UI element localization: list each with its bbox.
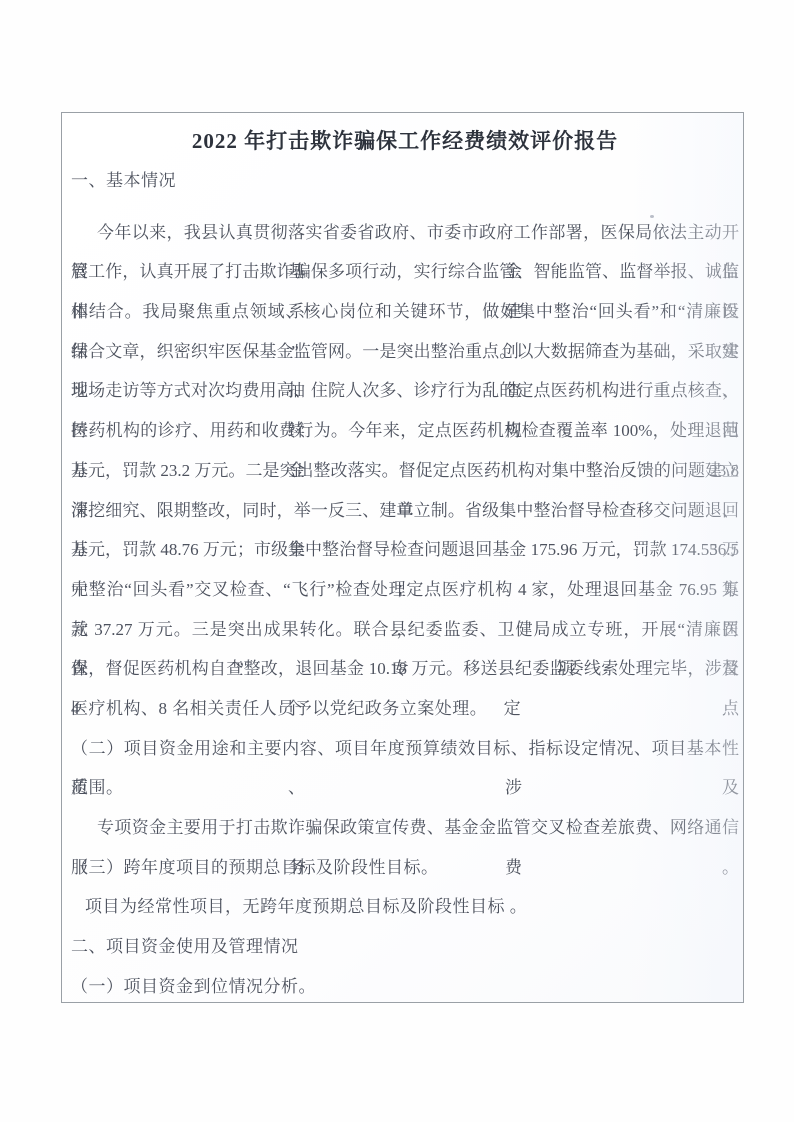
paragraph-line: 管工作，认真开展了打击欺诈骗保多项行动，实行综合监管、智能监管、监督举报、诚信体… (71, 252, 739, 292)
document-content: 2022 年打击欺诈骗保工作经费绩效评价报告 一、基本情况 今年以来，我县认真贯… (71, 113, 739, 1002)
paragraph-line: 今年以来，我县认真贯彻落实省委省政府、市委市政府工作部署，医保局依法主动开展基金… (71, 213, 739, 253)
paragraph-line: 深挖细究、限期整改，同时，举一反三、建章立制。省级集中整治督导检查移交问题退回基… (71, 491, 739, 531)
paragraph-line: 万元，罚款 23.2 万元。二是突出整改落实。督促定点医药机构对集中整治反馈的问… (71, 451, 739, 491)
subsection-heading-fund-usage: （二）项目资金用途和主要内容、项目年度预算绩效目标、指标设定情况、项目基本性质、… (71, 729, 739, 769)
paragraph-line: 现场走访等方式对次均费用高、住院人次多、诊疗行为乱的定点医药机构进行重点核查，持… (71, 371, 739, 411)
paragraph-line: 医药机构的诊疗、用药和收费行为。今年来，定点医药机构检查覆盖率 100%，处理退… (71, 411, 739, 451)
paragraph-line: 款 37.27 万元。三是突出成果转化。联合县纪委监委、卫健局成立专班，开展“清… (71, 610, 739, 650)
paragraph-line: 中整治“回头看”交叉检查、“飞行”检查处理定点医疗机构 4 家，处理退回基金 7… (71, 570, 739, 610)
paragraph-line: 万元，罚款 48.76 万元；市级集中整治督导检查问题退回基金 175.96 万… (71, 530, 739, 570)
document-border-frame: 2022 年打击欺诈骗保工作经费绩效评价报告 一、基本情况 今年以来，我县认真贯… (61, 112, 744, 1003)
subsection-heading-fund-arrival: （一）项目资金到位情况分析。 (71, 967, 739, 1007)
paragraph-line: 查，督促医药机构自查整改，退回基金 10.18 万元。移送县纪委监委线索处理完毕… (71, 649, 739, 689)
paragraph-line: 专项资金主要用于打击欺诈骗保政策宣传费、基金金监管交叉检查差旅费、网络通信服务费… (71, 808, 739, 848)
section-heading-fund-management: 二、项目资金使用及管理情况 (71, 927, 739, 967)
scanned-document-page: 2022 年打击欺诈骗保工作经费绩效评价报告 一、基本情况 今年以来，我县认真贯… (0, 0, 794, 1122)
paragraph-line: 结合文章，织密织牢医保基金监管网。一是突出整治重点。以大数据筛查为基础，采取实地… (71, 332, 739, 372)
paragraph-line: 相结合。我局聚焦重点领域、核心岗位和关键环节，做好集中整治“回头看”和“清廉医保… (71, 292, 739, 332)
section-heading-basic-situation: 一、基本情况 (71, 161, 739, 201)
document-title: 2022 年打击欺诈骗保工作经费绩效评价报告 (71, 126, 739, 156)
paragraph-line: 项目为经常性项目，无跨年度预期总目标及阶段性目标 。 (71, 887, 739, 927)
scan-ink-speck (650, 215, 654, 218)
